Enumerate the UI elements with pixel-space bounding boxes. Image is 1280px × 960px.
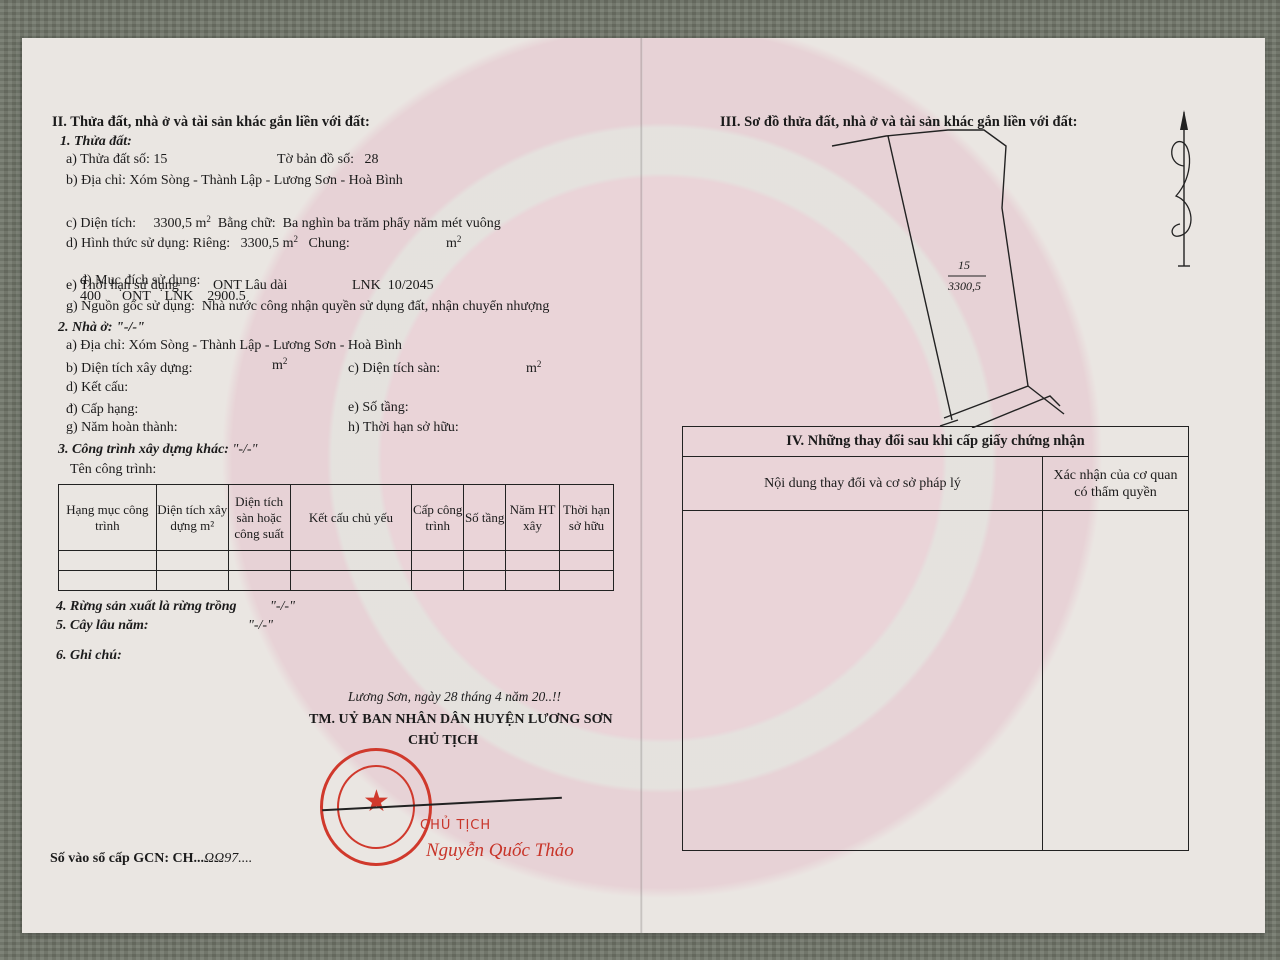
house-address-label: a) Địa chỉ: bbox=[66, 338, 125, 353]
house-ownership-term-label: h) Thời hạn sở hữu: bbox=[348, 420, 459, 436]
map-sheet-label: Tờ bản đồ số: bbox=[277, 152, 354, 167]
usage-form-label: d) Hình thức sử dụng: bbox=[66, 236, 189, 251]
col-header: Thời hạn sở hữu bbox=[560, 485, 614, 551]
house-build-area-unit: m2 bbox=[272, 358, 287, 374]
forest-label: 4. Rừng sản xuất là rừng trồng bbox=[56, 599, 237, 615]
table-cell bbox=[290, 551, 412, 571]
table-header-row: Hạng mục công trình Diện tích xây dựng m… bbox=[59, 485, 614, 551]
signer-name: Nguyễn Quốc Thảo bbox=[426, 840, 574, 862]
table-cell bbox=[506, 551, 560, 571]
table-cell bbox=[464, 551, 506, 571]
house-heading: 2. Nhà ở: "-/-" bbox=[58, 320, 145, 336]
col-header-text: Diện tích xây dựng m² bbox=[157, 502, 227, 533]
section-2-title: II. Thửa đất, nhà ở và tài sản khác gắn … bbox=[52, 114, 370, 130]
land-area-words-label: Bằng chữ: bbox=[218, 216, 276, 231]
house-floor-area-unit: m2 bbox=[526, 361, 541, 377]
forest-value: "-/-" bbox=[270, 599, 295, 615]
usage-term-label: e) Thời hạn sử dụng bbox=[66, 278, 179, 294]
house-address: a) Địa chỉ: Xóm Sòng - Thành Lập - Lương… bbox=[66, 338, 402, 354]
house-grade-label: đ) Cấp hạng: bbox=[66, 402, 138, 418]
star-emblem-icon: ★ bbox=[363, 787, 390, 817]
registration-label: Số vào sổ cấp GCN: CH... bbox=[50, 851, 204, 866]
changes-content-cell bbox=[683, 511, 1043, 851]
changes-title-row: IV. Những thay đổi sau khi cấp giấy chứn… bbox=[683, 427, 1189, 457]
col-header: Kết cấu chủ yếu bbox=[290, 485, 412, 551]
parcel-value: 15 bbox=[153, 152, 167, 167]
col-header: Diện tích sàn hoặc công suất bbox=[228, 485, 290, 551]
table-cell bbox=[156, 571, 228, 591]
usage-shared-label: Chung: bbox=[309, 236, 350, 251]
page-fold bbox=[640, 38, 643, 933]
land-address-label: b) Địa chỉ: bbox=[66, 173, 126, 188]
stamp-title: CHỦ TỊCH bbox=[420, 818, 491, 834]
parcel-label: a) Thửa đất số: bbox=[66, 152, 150, 167]
place-date: Lương Sơn, ngày 28 tháng 4 năm 20..!! bbox=[348, 689, 561, 705]
parcel-area-label: 3300,5 bbox=[948, 278, 981, 294]
parcel-number: a) Thửa đất số: 15 bbox=[66, 152, 167, 168]
map-sheet-value: 28 bbox=[365, 152, 379, 167]
authority-name: TM. UỶ BAN NHÂN DÂN HUYỆN LƯƠNG SƠN bbox=[309, 712, 613, 728]
table-cell bbox=[228, 571, 290, 591]
land-address-value: Xóm Sòng - Thành Lập - Lương Sơn - Hoà B… bbox=[129, 173, 402, 188]
floor-area-unit-text: m bbox=[526, 361, 537, 376]
table-cell bbox=[59, 551, 157, 571]
table-cell bbox=[412, 551, 464, 571]
usage-shared-unit-text: m bbox=[446, 236, 457, 251]
section-4-title: IV. Những thay đổi sau khi cấp giấy chứn… bbox=[683, 427, 1189, 457]
house-structure-label: d) Kết cấu: bbox=[66, 380, 128, 396]
changes-header-row: Nội dung thay đổi và cơ sở pháp lý Xác n… bbox=[683, 457, 1189, 511]
signer-title: CHỦ TỊCH bbox=[408, 733, 478, 749]
work-name-label: Tên công trình: bbox=[70, 462, 156, 478]
house-completion-label: g) Năm hoàn thành: bbox=[66, 420, 178, 436]
notes-label: 6. Ghi chú: bbox=[56, 648, 122, 664]
land-area-value: 3300,5 m bbox=[153, 216, 206, 231]
land-heading: 1. Thửa đất: bbox=[60, 134, 132, 150]
col-header: Số tầng bbox=[464, 485, 506, 551]
usage-form: d) Hình thức sử dụng: Riêng: 3300,5 m2 C… bbox=[66, 236, 350, 252]
parcel-number-label: 15 bbox=[958, 257, 970, 273]
other-works-table: Hạng mục công trình Diện tích xây dựng m… bbox=[58, 484, 614, 591]
house-floors-label: e) Số tầng: bbox=[348, 400, 409, 416]
col-header: Cấp công trình bbox=[412, 485, 464, 551]
confirmation-cell bbox=[1043, 511, 1189, 851]
usage-term-lnk: LNK 10/2045 bbox=[352, 278, 434, 294]
table-cell bbox=[464, 571, 506, 591]
house-address-value: Xóm Sòng - Thành Lập - Lương Sơn - Hoà B… bbox=[129, 338, 402, 353]
map-sheet: Tờ bản đồ số: 28 bbox=[277, 152, 379, 168]
land-address: b) Địa chỉ: Xóm Sòng - Thành Lập - Lương… bbox=[66, 173, 403, 189]
land-origin: g) Nguồn gốc sử dụng: Nhà nước công nhận… bbox=[66, 299, 549, 315]
col-header: Năm HT xây bbox=[506, 485, 560, 551]
land-area-label: c) Diện tích: bbox=[66, 216, 136, 231]
col-header: Diện tích xây dựng m² bbox=[156, 485, 228, 551]
table-cell bbox=[412, 571, 464, 591]
perennial-label: 5. Cây lâu năm: bbox=[56, 618, 149, 634]
table-row bbox=[59, 571, 614, 591]
land-origin-label: g) Nguồn gốc sử dụng: bbox=[66, 299, 195, 314]
col-authority-confirmation: Xác nhận của cơ quan có thẩm quyền bbox=[1043, 457, 1189, 511]
table-cell bbox=[290, 571, 412, 591]
build-area-unit-text: m bbox=[272, 358, 283, 373]
usage-term-ont: ONT Lâu dài bbox=[213, 278, 287, 294]
table-cell bbox=[560, 551, 614, 571]
perennial-value: "-/-" bbox=[248, 618, 273, 634]
table-row bbox=[683, 511, 1189, 851]
house-floor-area-label: c) Diện tích sàn: bbox=[348, 361, 440, 377]
other-works-heading-text: 3. Công trình xây dựng khác: bbox=[58, 442, 229, 457]
table-cell bbox=[156, 551, 228, 571]
table-row bbox=[59, 551, 614, 571]
registration-value: ΩΩ97.... bbox=[204, 851, 252, 866]
other-works-heading: 3. Công trình xây dựng khác: "-/-" bbox=[58, 442, 257, 458]
house-build-area-label: b) Diện tích xây dựng: bbox=[66, 361, 193, 377]
land-area-words-value: Ba nghìn ba trăm phẩy năm mét vuông bbox=[283, 216, 501, 231]
table-cell bbox=[59, 571, 157, 591]
col-changes-content: Nội dung thay đổi và cơ sở pháp lý bbox=[683, 457, 1043, 511]
col-header: Hạng mục công trình bbox=[59, 485, 157, 551]
registration-number: Số vào sổ cấp GCN: CH...ΩΩ97.... bbox=[50, 851, 252, 867]
certificate-sheet: II. Thửa đất, nhà ở và tài sản khác gắn … bbox=[22, 38, 1265, 933]
land-origin-value: Nhà nước công nhận quyền sử dụng đất, nh… bbox=[202, 299, 549, 314]
usage-private-label: Riêng: bbox=[193, 236, 230, 251]
usage-private-value: 3300,5 m bbox=[241, 236, 294, 251]
north-arrow-icon bbox=[1162, 106, 1202, 276]
usage-shared-unit: m2 bbox=[446, 236, 461, 252]
table-cell bbox=[506, 571, 560, 591]
land-area: c) Diện tích: 3300,5 m2 Bằng chữ: Ba ngh… bbox=[66, 216, 501, 232]
changes-table: IV. Những thay đổi sau khi cấp giấy chứn… bbox=[682, 426, 1189, 851]
other-works-heading-value: "-/-" bbox=[232, 442, 257, 457]
table-cell bbox=[228, 551, 290, 571]
table-cell bbox=[560, 571, 614, 591]
